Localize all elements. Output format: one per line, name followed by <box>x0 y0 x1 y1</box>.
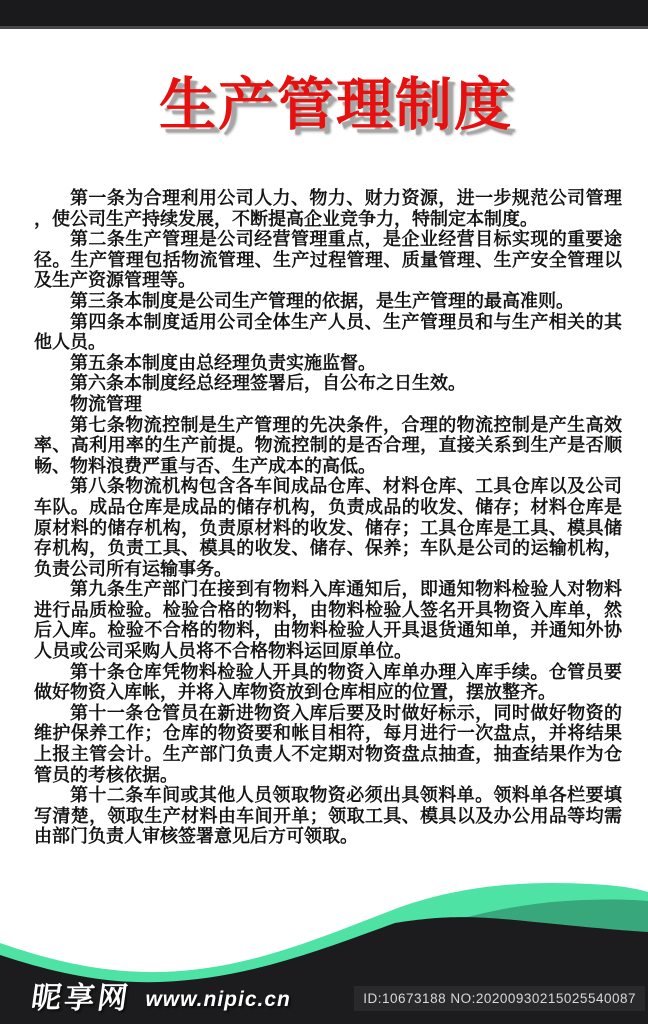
image-id-badge: ID:10673188 NO:20200930215025540087 <box>354 986 645 1011</box>
paragraph: 第八条物流机构包含各车间成品仓库、材料仓库、工具仓库以及公司车队。成品仓库是成品… <box>34 476 622 579</box>
document-body: 第一条为合理利用公司人力、物力、财力资源，进一步规范公司管理，使公司生产持续发展… <box>34 188 622 847</box>
poster: 生产管理制度 第一条为合理利用公司人力、物力、财力资源，进一步规范公司管理，使公… <box>0 0 648 1024</box>
paragraph: 第二条生产管理是公司经营管理重点，是企业经营目标实现的重要途径。生产管理包括物流… <box>34 229 622 291</box>
paragraph: 第一条为合理利用公司人力、物力、财力资源，进一步规范公司管理，使公司生产持续发展… <box>34 188 622 229</box>
watermark-site-name: 昵享网 <box>29 973 134 1017</box>
watermark-site-url: www.nipic.cn <box>145 988 290 1012</box>
paragraph: 第十条仓库凭物料检验人开具的物资入库单办理入库手续。仓管员要做好物资入库帐，并将… <box>34 662 622 703</box>
paragraph: 第十二条车间或其他人员领取物资必须出具领料单。领料单各栏要填写清楚，领取生产材料… <box>34 785 622 847</box>
watermark: 昵享网 www.nipic.cn <box>32 973 291 1017</box>
footer-wave-area: 昵享网 www.nipic.cn ID:10673188 NO:20200930… <box>0 860 648 1024</box>
paragraph: 第九条生产部门在接到有物料入库通知后，即通知物料检验人对物料进行品质检验。检验合… <box>34 579 622 661</box>
paragraph: 第三条本制度是公司生产管理的依据，是生产管理的最高准则。 <box>34 291 622 312</box>
paragraph: 第四条本制度适用公司全体生产人员、生产管理员和与生产相关的其他人员。 <box>34 312 622 353</box>
paragraph: 物流管理 <box>34 394 622 415</box>
top-bar <box>0 0 648 29</box>
paragraph: 第十一条仓管员在新进物资入库后要及时做好标示，同时做好物资的维护保养工作；仓库的… <box>34 703 622 785</box>
paragraph: 第六条本制度经总经理签署后，自公布之日生效。 <box>34 373 622 394</box>
paragraph: 第五条本制度由总经理负责实施监督。 <box>34 353 622 374</box>
paragraph: 第七条物流控制是生产管理的先决条件，合理的物流控制是产生高效率、高利用率的生产前… <box>34 415 622 477</box>
poster-title: 生产管理制度 <box>12 74 648 137</box>
